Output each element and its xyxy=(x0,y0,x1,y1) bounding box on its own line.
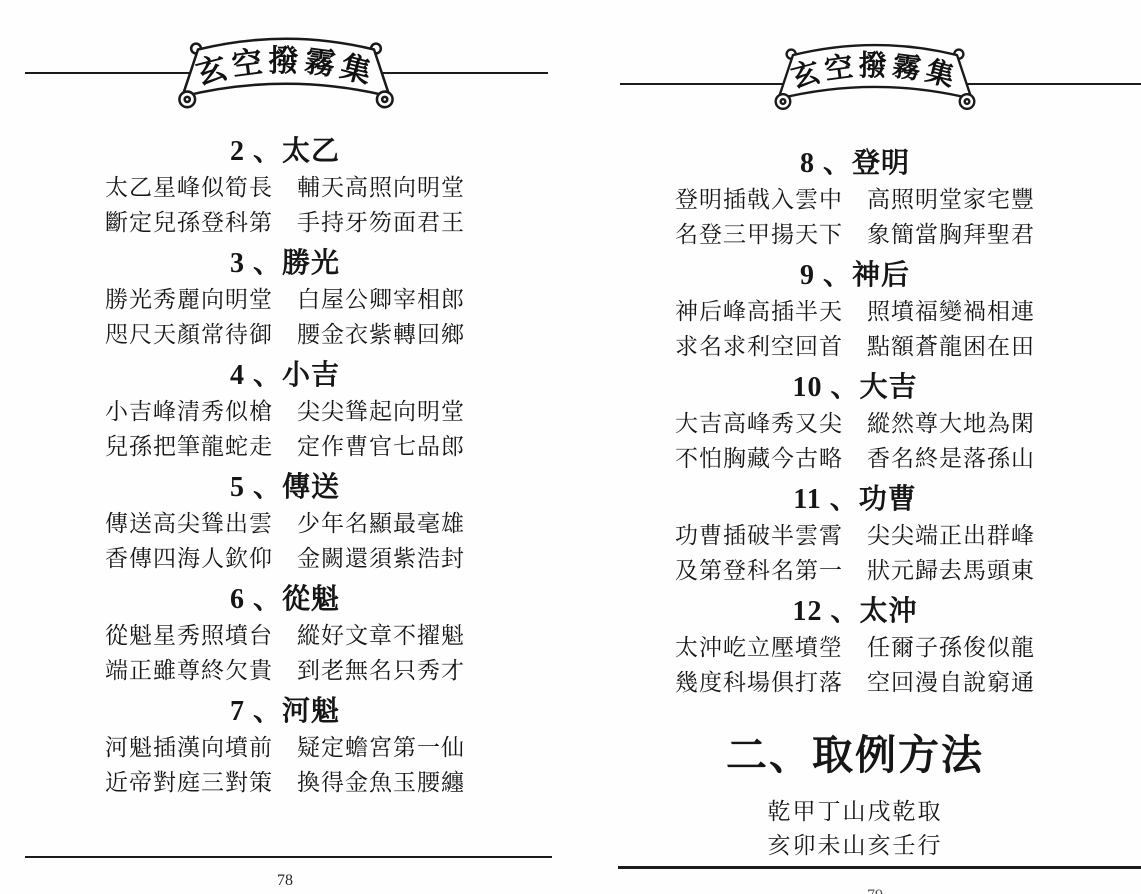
section-xiaoji: 4 、小吉 小吉峰清秀似槍 尖尖聳起向明堂 兒孫把筆龍蛇走 定作曹官七品郎 xyxy=(20,360,550,464)
verse-line: 名登三甲揚天下 象簡當胸拜聖君 xyxy=(590,217,1120,252)
section-daji: 10 、大吉 大吉高峰秀又尖 縱然尊大地為閑 不怕胸藏今古略 香名終是落孫山 xyxy=(590,372,1120,476)
verse-line: 兒孫把筆龍蛇走 定作曹官七品郎 xyxy=(20,429,550,464)
section-heading: 3 、勝光 xyxy=(20,248,550,280)
verse-line: 神后峰高插半天 照墳福變禍相連 xyxy=(590,294,1120,329)
verse-line: 幾度科場俱打落 空回漫自說窮通 xyxy=(590,665,1120,700)
section-taichong: 12 、太沖 太沖屹立壓墳塋 任爾子孫俊似龍 幾度科場俱打落 空回漫自說窮通 xyxy=(590,596,1120,700)
verse-line: 小吉峰清秀似槍 尖尖聳起向明堂 xyxy=(20,394,550,429)
page-number: 78 xyxy=(0,872,570,890)
section-heading: 2 、太乙 xyxy=(20,136,550,168)
verse-line: 近帝對庭三對策 換得金魚玉腰纏 xyxy=(20,765,550,800)
section-heading: 11 、功曹 xyxy=(590,484,1120,516)
chapter-heading: 二、取例方法 xyxy=(590,722,1120,781)
method-verse-line: 亥卯未山亥壬行 xyxy=(590,829,1120,863)
verse-line: 不怕胸藏今古略 香名終是落孫山 xyxy=(590,441,1120,476)
right-page-content: 8 、登明 登明插戟入雲中 高照明堂家宅豐 名登三甲揚天下 象簡當胸拜聖君 9 … xyxy=(590,140,1120,863)
verse-line: 功曹插破半雲霄 尖尖端正出群峰 xyxy=(590,518,1120,553)
section-heading: 6 、從魁 xyxy=(20,584,550,616)
verse-line: 太乙星峰似筍長 輔天高照向明堂 xyxy=(20,170,550,205)
title-banner: 玄空撥霧集 xyxy=(763,35,987,117)
verse-line: 香傳四海人欽仰 金闕還須紫浩封 xyxy=(20,541,550,576)
verse-line: 及第登科名第一 狀元歸去馬頭東 xyxy=(590,553,1120,588)
section-shengguang: 3 、勝光 勝光秀麗向明堂 白屋公卿宰相郎 咫尺天顏常待御 腰金衣紫轉回鄉 xyxy=(20,248,550,352)
footer-rule xyxy=(25,856,552,858)
verse-line: 咫尺天顏常待御 腰金衣紫轉回鄉 xyxy=(20,317,550,352)
left-page-content: 2 、太乙 太乙星峰似筍長 輔天高照向明堂 斷定兒孫登科第 手持牙笏面君王 3 … xyxy=(20,128,550,800)
verse-line: 斷定兒孫登科第 手持牙笏面君王 xyxy=(20,205,550,240)
section-heading: 10 、大吉 xyxy=(590,372,1120,404)
title-banner: 玄空撥霧集 xyxy=(163,28,409,116)
section-shenhou: 9 、神后 神后峰高插半天 照墳福變禍相連 求名求利空回首 點額蒼龍困在田 xyxy=(590,260,1120,364)
right-page: 玄空撥霧集 8 、登明 登明插戟入雲中 高照明堂家宅豐 名登三甲揚天下 象簡當胸… xyxy=(570,0,1141,894)
verse-line: 端正雖尊終欠貴 到老無名只秀才 xyxy=(20,653,550,688)
left-page: 玄空撥霧集 2 、太乙 太乙星峰似筍長 輔天高照向明堂 斷定兒孫登科第 手持牙笏… xyxy=(0,0,570,894)
page-number: 79 xyxy=(590,887,1141,894)
section-heading: 9 、神后 xyxy=(590,260,1120,292)
verse-line: 從魁星秀照墳台 縱好文章不擢魁 xyxy=(20,618,550,653)
footer-rule xyxy=(618,866,1141,869)
verse-line: 傳送高尖聳出雲 少年名顯最毫雄 xyxy=(20,506,550,541)
section-dengming: 8 、登明 登明插戟入雲中 高照明堂家宅豐 名登三甲揚天下 象簡當胸拜聖君 xyxy=(590,148,1120,252)
book-spread: 玄空撥霧集 2 、太乙 太乙星峰似筍長 輔天高照向明堂 斷定兒孫登科第 手持牙笏… xyxy=(0,0,1141,894)
scroll-banner-icon: 玄空撥霧集 xyxy=(163,28,409,116)
section-congkui: 6 、從魁 從魁星秀照墳台 縱好文章不擢魁 端正雖尊終欠貴 到老無名只秀才 xyxy=(20,584,550,688)
section-hekui: 7 、河魁 河魁插漢向墳前 疑定蟾宮第一仙 近帝對庭三對策 換得金魚玉腰纏 xyxy=(20,696,550,800)
section-heading: 5 、傳送 xyxy=(20,472,550,504)
section-chuansong: 5 、傳送 傳送高尖聳出雲 少年名顯最毫雄 香傳四海人欽仰 金闕還須紫浩封 xyxy=(20,472,550,576)
verse-line: 求名求利空回首 點額蒼龍困在田 xyxy=(590,329,1120,364)
section-gongcao: 11 、功曹 功曹插破半雲霄 尖尖端正出群峰 及第登科名第一 狀元歸去馬頭東 xyxy=(590,484,1120,588)
method-verse-line: 乾甲丁山戌乾取 xyxy=(590,795,1120,829)
section-heading: 12 、太沖 xyxy=(590,596,1120,628)
verse-line: 大吉高峰秀又尖 縱然尊大地為閑 xyxy=(590,406,1120,441)
section-heading: 4 、小吉 xyxy=(20,360,550,392)
verse-line: 太沖屹立壓墳塋 任爾子孫俊似龍 xyxy=(590,630,1120,665)
section-taiyi: 2 、太乙 太乙星峰似筍長 輔天高照向明堂 斷定兒孫登科第 手持牙笏面君王 xyxy=(20,136,550,240)
section-heading: 7 、河魁 xyxy=(20,696,550,728)
verse-line: 登明插戟入雲中 高照明堂家宅豐 xyxy=(590,182,1120,217)
verse-line: 勝光秀麗向明堂 白屋公卿宰相郎 xyxy=(20,282,550,317)
section-heading: 8 、登明 xyxy=(590,148,1120,180)
verse-line: 河魁插漢向墳前 疑定蟾宮第一仙 xyxy=(20,730,550,765)
scroll-banner-icon: 玄空撥霧集 xyxy=(763,35,987,117)
